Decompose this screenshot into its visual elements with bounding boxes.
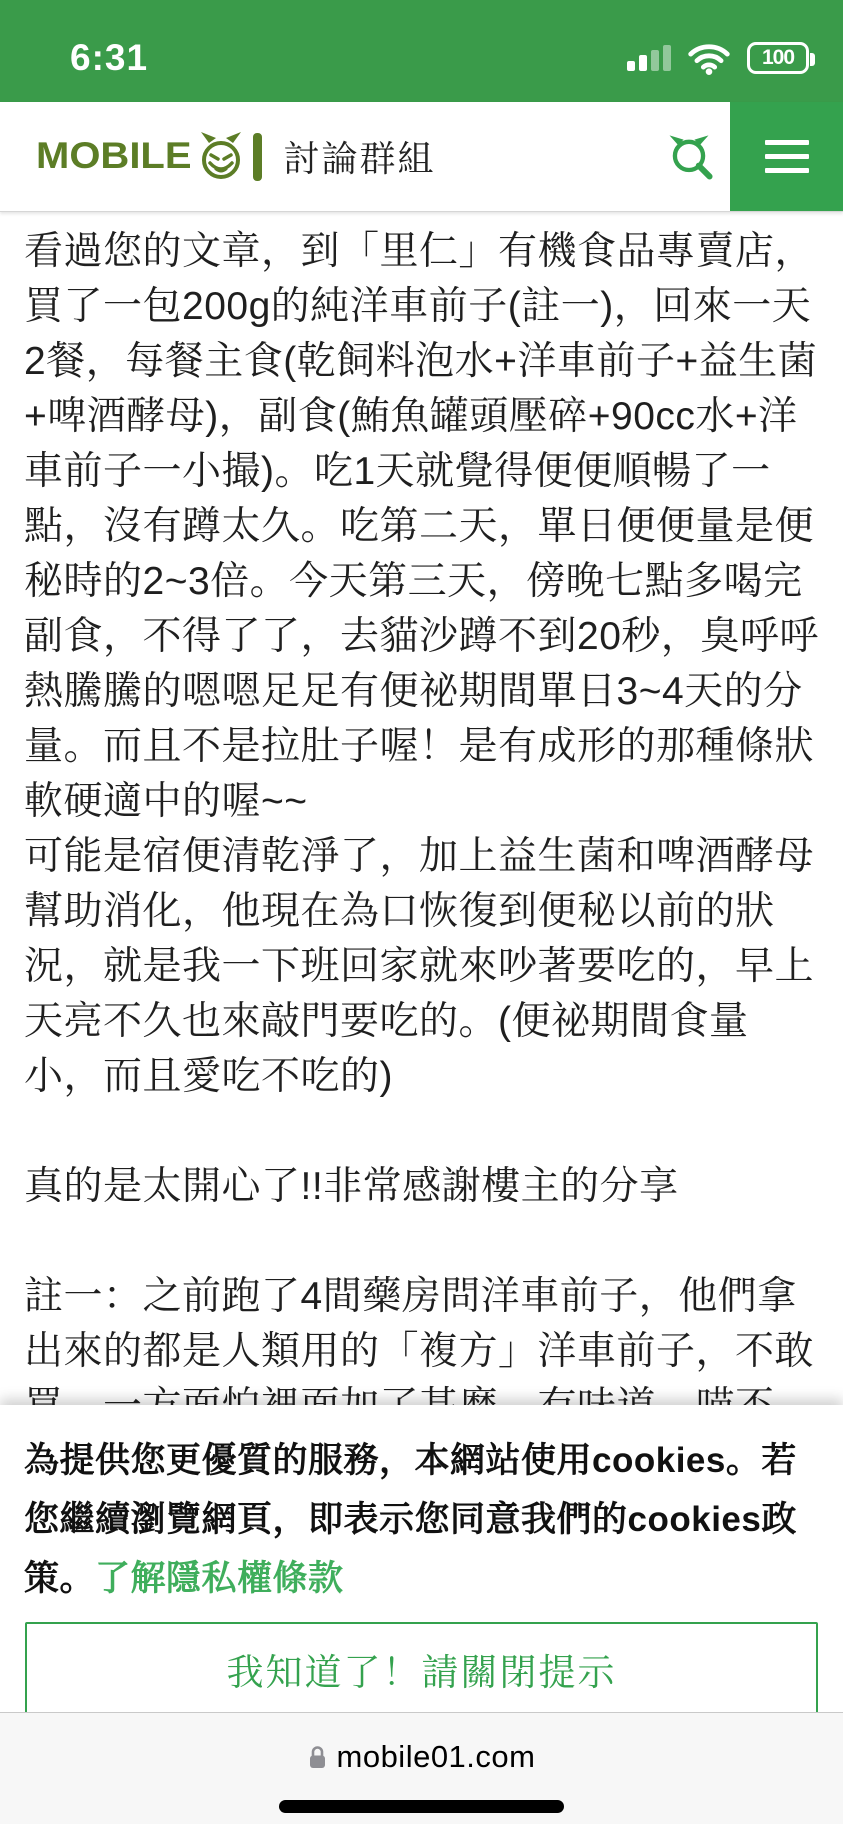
mobile01-logo[interactable]: MOBILE xyxy=(36,130,262,184)
post-paragraph: 可能是宿便清乾淨了，加上益生菌和啤酒酵母幫助消化，他現在為口恢復到便秘以前的狀況… xyxy=(24,829,819,1104)
post-paragraph: 註一：之前跑了4間藥房問洋車前子，他們拿出來的都是人類用的「複方」洋車前子，不敢… xyxy=(24,1269,819,1405)
post-paragraph: 真的是太開心了!!非常感謝樓主的分享 xyxy=(24,1159,819,1214)
status-icons: 100 xyxy=(627,42,809,75)
page-title: 討論群組 xyxy=(284,131,436,182)
search-icon xyxy=(663,131,715,183)
cookie-message: 為提供您更優質的服務，本網站使用cookies。若您繼續瀏覽網頁，即表示您同意我… xyxy=(24,1431,819,1608)
cookie-banner: 為提供您更優質的服務，本網站使用cookies。若您繼續瀏覽網頁，即表示您同意我… xyxy=(0,1405,843,1712)
phone-screen: 6:31 100 MOBILE xyxy=(0,0,843,1824)
status-bar: 6:31 100 xyxy=(0,0,843,102)
battery-percent: 100 xyxy=(762,46,794,70)
cellular-signal-icon xyxy=(627,45,671,71)
privacy-policy-link[interactable]: 了解隱私權條款 xyxy=(95,1559,344,1598)
post-content[interactable]: 看過您的文章，到「里仁」有機食品專賣店，買了一包200g的純洋車前子(註一)，回… xyxy=(0,212,843,1405)
hamburger-icon xyxy=(765,140,809,145)
menu-button[interactable] xyxy=(730,102,843,211)
browser-bottom-bar: mobile01.com xyxy=(0,1712,843,1824)
cookie-dismiss-button[interactable]: 我知道了！請關閉提示 xyxy=(25,1622,818,1716)
home-indicator[interactable] xyxy=(279,1800,564,1813)
logo-one-bar xyxy=(253,133,262,181)
url-text: mobile01.com xyxy=(337,1739,536,1775)
app-header: MOBILE 討論群組 xyxy=(0,102,843,212)
status-time: 6:31 xyxy=(70,37,148,79)
post-paragraph: 看過您的文章，到「里仁」有機食品專賣店，買了一包200g的純洋車前子(註一)，回… xyxy=(24,224,819,829)
logo-wordmark: MOBILE xyxy=(36,136,192,177)
url-bar[interactable]: mobile01.com xyxy=(0,1739,843,1775)
battery-icon: 100 xyxy=(747,42,809,74)
devil-face-icon xyxy=(194,130,248,184)
search-button[interactable] xyxy=(663,131,715,183)
wifi-icon xyxy=(687,42,731,75)
lock-icon xyxy=(308,1744,327,1770)
